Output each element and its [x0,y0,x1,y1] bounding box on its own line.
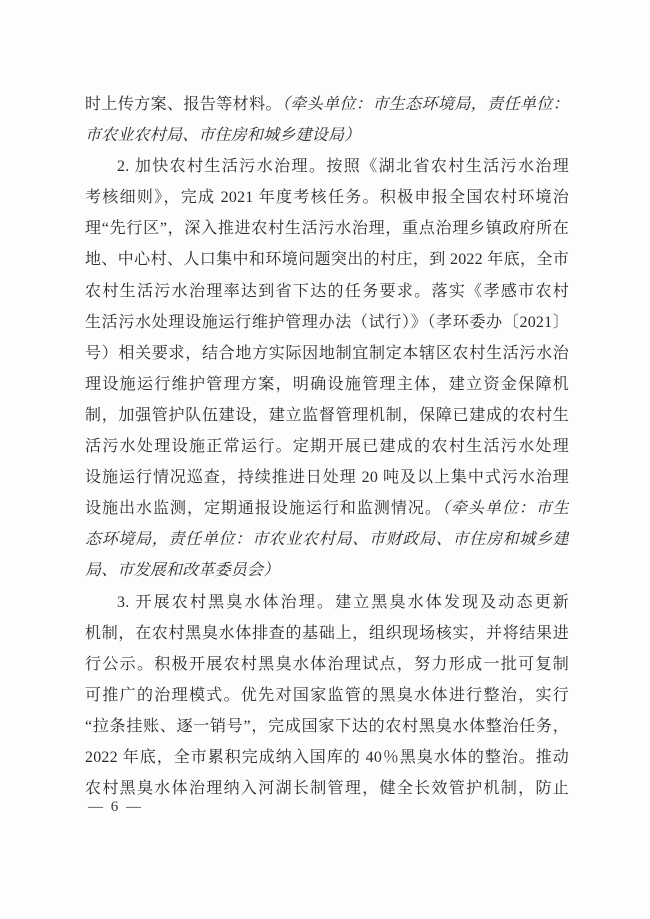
body-text: 考核细则》，完成 2021 年度考核任务。积极申报全国农村环境治 [85,189,569,206]
text-line: 理设施运行维护管理方案，明确设施管理主体，建立资金保障机 [85,369,569,400]
text-line: 设施运行情况巡查，持续推进日处理 20 吨及以上集中式污水治理 [85,462,569,493]
body-text: 地、中心村、人口集中和环境问题突出的村庄，到 2022 年底，全市 [85,251,569,268]
text-line: 地、中心村、人口集中和环境问题突出的村庄，到 2022 年底，全市 [85,244,569,275]
body-text: 时上传方案、报告等材料。 [85,96,282,113]
text-line: 生活污水处理设施运行维护管理办法（试行）》（孝环委办〔2021〕24 [85,307,569,338]
body-text: 农村生活污水治理率达到省下达的任务要求。落实《孝感市农村 [85,283,569,300]
body-text: 可推广的治理模式。优先对国家监管的黑臭水体进行整治，实行 [85,687,569,704]
text-line: 时上传方案、报告等材料。（牵头单位：市生态环境局，责任单位： [85,89,569,120]
text-line: 态环境局，责任单位：市农业农村局、市财政局、市住房和城乡建设 [85,524,569,555]
body-text: 生活污水处理设施运行维护管理办法（试行）》（孝环委办〔2021〕24 [85,314,569,338]
responsible-unit-annotation: （牵头单位：市生 [442,500,569,517]
text-line: 理“先行区”，深入推进农村生活污水治理，重点治理乡镇政府所在 [85,213,569,244]
body-text: 2. 加快农村生活污水治理。按照《湖北省农村生活污水治理 [117,158,569,175]
body-text: 设施出水监测，定期通报设施运行和监测情况。 [85,500,442,517]
body-text: 活污水处理设施正常运行。定期开展已建成的农村生活污水处理 [85,438,569,455]
body-text: 理设施运行维护管理方案，明确设施管理主体，建立资金保障机 [85,376,569,393]
body-text: “拉条挂账、逐一销号”，完成国家下达的农村黑臭水体整治任务， [85,718,569,735]
text-line: “拉条挂账、逐一销号”，完成国家下达的农村黑臭水体整治任务， [85,711,569,742]
text-line: 活污水处理设施正常运行。定期开展已建成的农村生活污水处理 [85,431,569,462]
text-line: 农村生活污水治理率达到省下达的任务要求。落实《孝感市农村 [85,276,569,307]
text-line: 号）相关要求，结合地方实际因地制宜制定本辖区农村生活污水治 [85,338,569,369]
body-text: 机制，在农村黑臭水体排查的基础上，组织现场核实，并将结果进 [85,625,569,642]
body-text: 农村黑臭水体治理纳入河湖长制管理，健全长效管护机制，防止 [85,780,569,797]
text-line: 可推广的治理模式。优先对国家监管的黑臭水体进行整治，实行 [85,680,569,711]
body-text: 号）相关要求，结合地方实际因地制宜制定本辖区农村生活污水治 [85,345,569,362]
text-line: 市农业农村局、市住房和城乡建设局） [85,120,569,151]
text-line: 3. 开展农村黑臭水体治理。建立黑臭水体发现及动态更新 [85,587,569,618]
text-line: 2022 年底，全市累积完成纳入国库的 40％黑臭水体的整治。推动 [85,742,569,773]
text-line: 局、市发展和改革委员会） [85,555,569,586]
body-text: 2022 年底，全市累积完成纳入国库的 40％黑臭水体的整治。推动 [85,749,569,766]
responsible-unit-annotation: 态环境局，责任单位：市农业农村局、市财政局、市住房和城乡建设 [85,531,569,555]
text-line: 2. 加快农村生活污水治理。按照《湖北省农村生活污水治理 [85,151,569,182]
text-line: 制，加强管护队伍建设，建立监督管理机制，保障已建成的农村生 [85,400,569,431]
body-text: 3. 开展农村黑臭水体治理。建立黑臭水体发现及动态更新 [117,594,569,611]
document-body: 时上传方案、报告等材料。（牵头单位：市生态环境局，责任单位：市农业农村局、市住房… [85,89,569,804]
responsible-unit-annotation: 局、市发展和改革委员会） [85,562,279,579]
body-text: 理“先行区”，深入推进农村生活污水治理，重点治理乡镇政府所在 [85,220,569,237]
text-line: 设施出水监测，定期通报设施运行和监测情况。（牵头单位：市生 [85,493,569,524]
page-number: — 6 — [88,798,143,816]
body-text: 设施运行情况巡查，持续推进日处理 20 吨及以上集中式污水治理 [85,469,569,486]
text-line: 机制，在农村黑臭水体排查的基础上，组织现场核实，并将结果进 [85,618,569,649]
responsible-unit-annotation: （牵头单位：市生态环境局，责任单位： [282,96,569,113]
responsible-unit-annotation: 市农业农村局、市住房和城乡建设局） [85,127,360,144]
text-line: 行公示。积极开展农村黑臭水体治理试点，努力形成一批可复制 [85,649,569,680]
body-text: 行公示。积极开展农村黑臭水体治理试点，努力形成一批可复制 [85,656,569,673]
document-page: 时上传方案、报告等材料。（牵头单位：市生态环境局，责任单位：市农业农村局、市住房… [0,0,650,919]
text-line: 农村黑臭水体治理纳入河湖长制管理，健全长效管护机制，防止 [85,773,569,804]
text-line: 考核细则》，完成 2021 年度考核任务。积极申报全国农村环境治 [85,182,569,213]
body-text: 制，加强管护队伍建设，建立监督管理机制，保障已建成的农村生 [85,407,569,424]
